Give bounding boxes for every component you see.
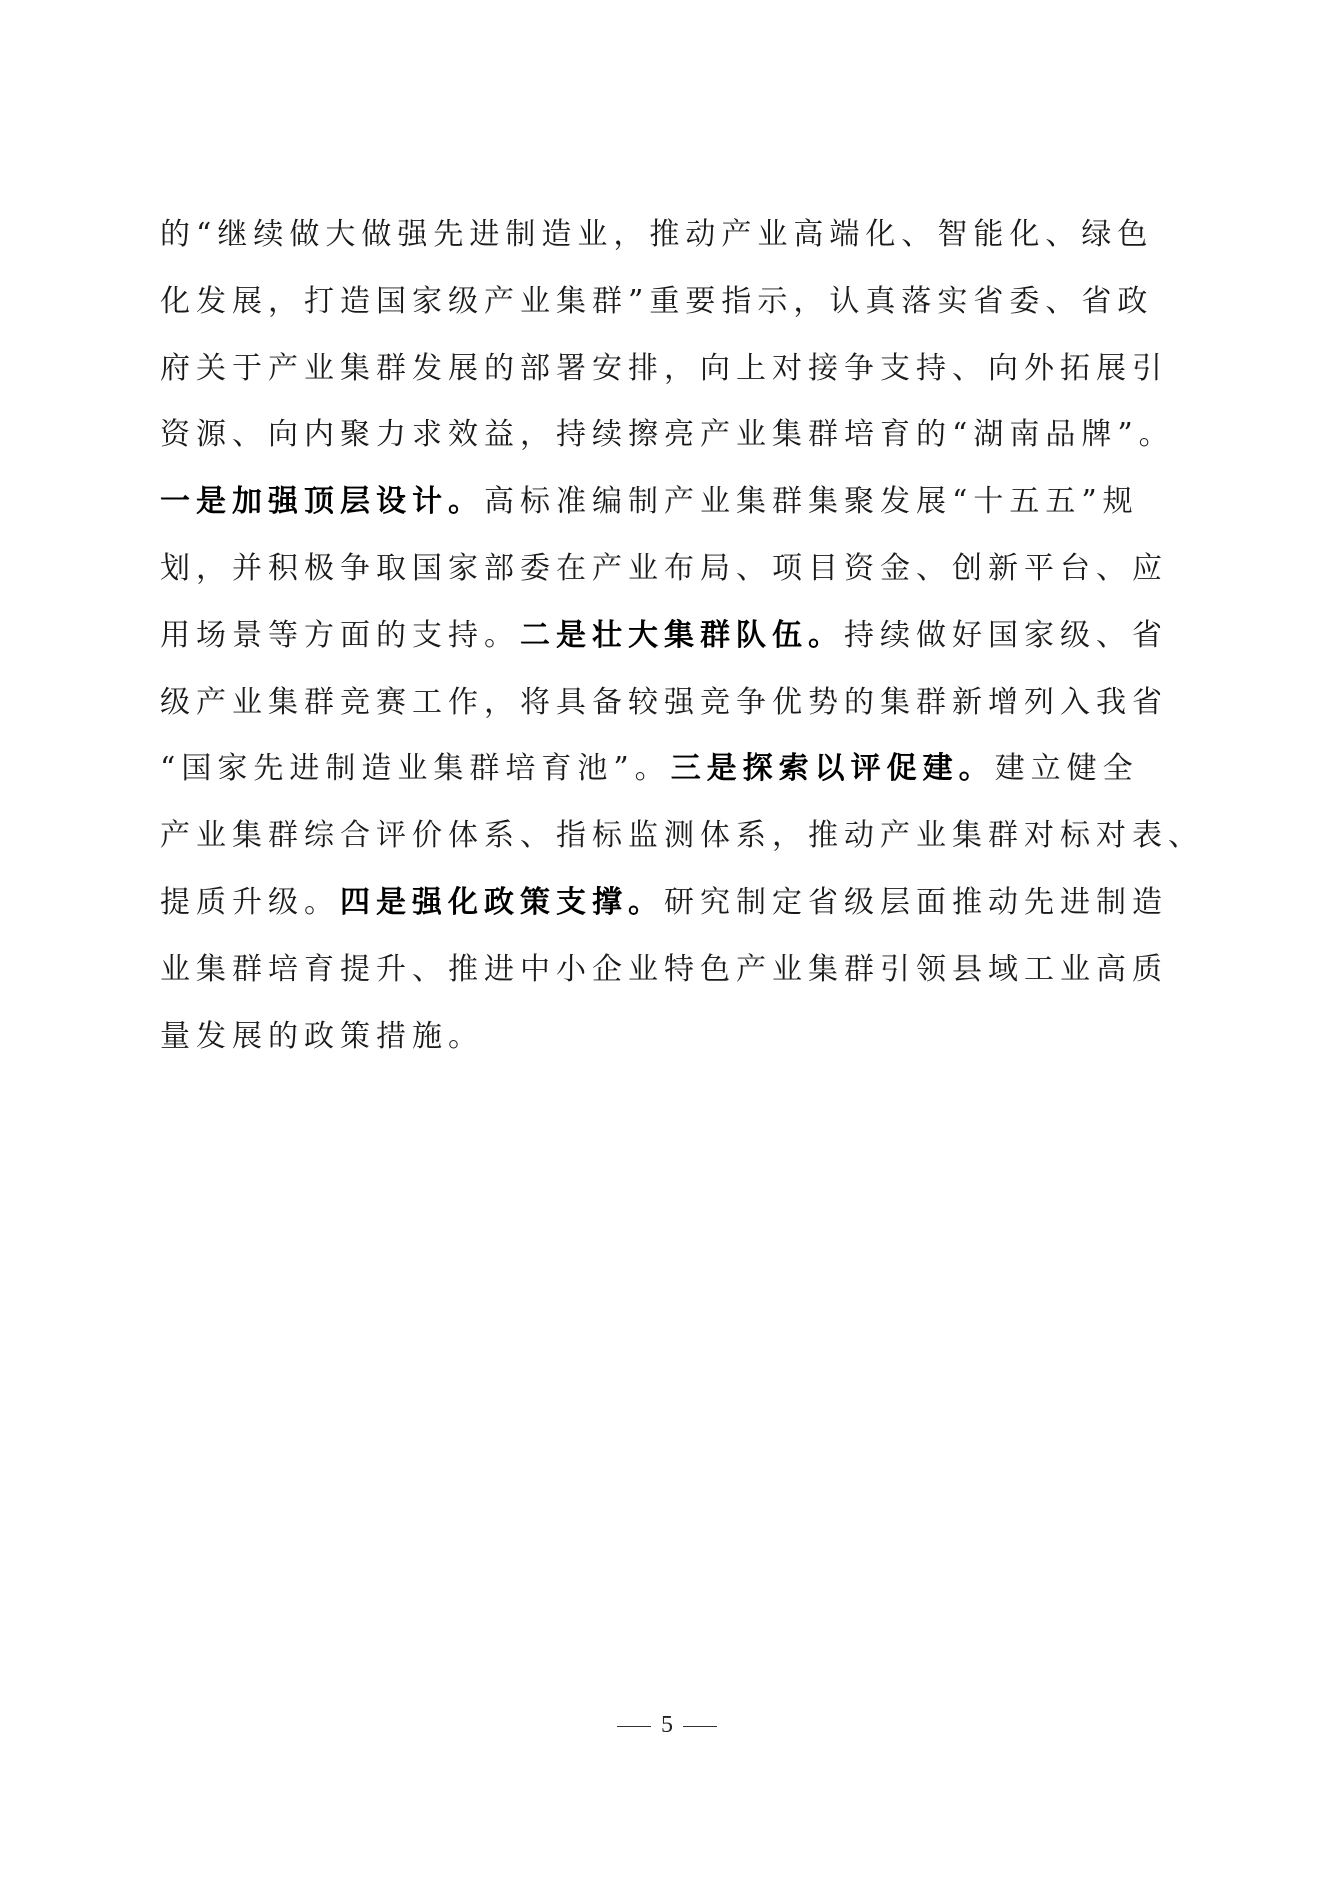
- text-run: 府关于产业集群发展的部署安排，向上对接争支持、向外拓展引: [160, 351, 1168, 386]
- document-page: 的“继续做大做强先进制造业，推动产业高端化、智能化、绿色 化发展，打造国家级产业…: [0, 0, 1334, 1887]
- bold-heading-3: 三是探索以评促建。: [671, 751, 995, 786]
- text-run: 资源、向内聚力求效益，持续擦亮产业集群培育的“湖南品牌”。: [160, 417, 1175, 452]
- text-line: 的“继续做大做强先进制造业，推动产业高端化、智能化、绿色: [160, 202, 1180, 269]
- text-run: 级产业集群竞赛工作，将具备较强竞争优势的集群新增列入我省: [160, 685, 1168, 720]
- text-run: 产业集群综合评价体系、指标监测体系，推动产业集群对标对表、: [160, 818, 1204, 853]
- body-paragraph: 的“继续做大做强先进制造业，推动产业高端化、智能化、绿色 化发展，打造国家级产业…: [160, 202, 1180, 1070]
- text-run: 高标准编制产业集群集聚发展“十五五”规: [484, 484, 1139, 519]
- text-line: 一是加强顶层设计。高标准编制产业集群集聚发展“十五五”规: [160, 469, 1180, 536]
- text-run: 划，并积极争取国家部委在产业布局、项目资金、创新平台、应: [160, 551, 1168, 586]
- text-line: 业集群培育提升、推进中小企业特色产业集群引领县域工业高质: [160, 937, 1180, 1004]
- text-run: 研究制定省级层面推动先进制造: [664, 885, 1168, 920]
- text-line: “国家先进制造业集群培育池”。三是探索以评促建。建立健全: [160, 736, 1180, 803]
- text-run: 持续做好国家级、省: [844, 618, 1168, 653]
- text-run: 提质升级。: [160, 885, 340, 920]
- text-run: 用场景等方面的支持。: [160, 618, 520, 653]
- text-line: 划，并积极争取国家部委在产业布局、项目资金、创新平台、应: [160, 536, 1180, 603]
- dash-left-icon: [617, 1726, 651, 1727]
- text-run: 业集群培育提升、推进中小企业特色产业集群引领县域工业高质: [160, 952, 1168, 987]
- text-run: 的“继续做大做强先进制造业，推动产业高端化、智能化、绿色: [160, 217, 1153, 252]
- text-run: 建立健全: [995, 751, 1139, 786]
- bold-heading-4: 四是强化政策支撑。: [340, 885, 664, 920]
- text-line: 级产业集群竞赛工作，将具备较强竞争优势的集群新增列入我省: [160, 670, 1180, 737]
- bold-heading-2: 二是壮大集群队伍。: [520, 618, 844, 653]
- text-line: 产业集群综合评价体系、指标监测体系，推动产业集群对标对表、: [160, 803, 1180, 870]
- text-run: “国家先进制造业集群培育池”。: [160, 751, 671, 786]
- text-line: 量发展的政策措施。: [160, 1004, 1180, 1071]
- page-number: 5: [661, 1712, 673, 1738]
- bold-heading-1: 一是加强顶层设计。: [160, 484, 484, 519]
- text-run: 化发展，打造国家级产业集群”重要指示，认真落实省委、省政: [160, 284, 1153, 319]
- text-line: 提质升级。四是强化政策支撑。研究制定省级层面推动先进制造: [160, 870, 1180, 937]
- text-line: 资源、向内聚力求效益，持续擦亮产业集群培育的“湖南品牌”。: [160, 402, 1180, 469]
- page-footer: 5: [0, 1712, 1334, 1739]
- text-run: 量发展的政策措施。: [160, 1019, 484, 1054]
- text-line: 化发展，打造国家级产业集群”重要指示，认真落实省委、省政: [160, 269, 1180, 336]
- dash-right-icon: [683, 1726, 717, 1727]
- text-line: 用场景等方面的支持。二是壮大集群队伍。持续做好国家级、省: [160, 603, 1180, 670]
- text-line: 府关于产业集群发展的部署安排，向上对接争支持、向外拓展引: [160, 336, 1180, 403]
